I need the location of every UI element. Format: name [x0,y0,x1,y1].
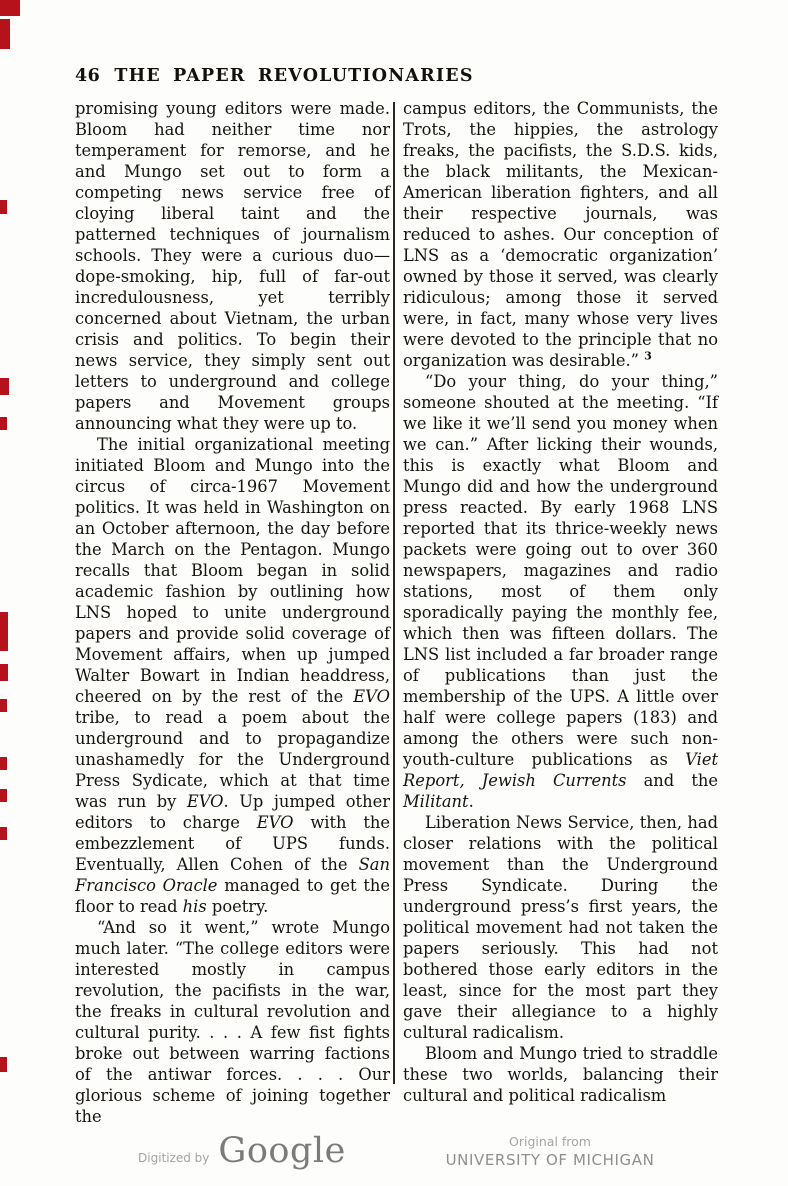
text-run: EVO [187,792,224,811]
text-run: EVO [257,813,294,832]
digitized-by-label: Digitized by [138,1151,209,1165]
paragraph: “Do your thing, do your thing,” someone … [403,371,718,812]
scan-artifact-mark [0,789,7,802]
text-run: and the [627,771,718,790]
scan-artifact-mark [0,0,20,16]
scan-artifact-mark [0,417,7,430]
column-right: campus editors, the Communists, the Trot… [403,98,718,1106]
scan-artifact-mark [0,827,7,840]
text-run: promising young editors were made. Bloom… [75,99,390,433]
text-run: Liberation News Service, then, had close… [403,813,718,1042]
text-run: his [183,897,207,916]
footer-provenance: Original from UNIVERSITY OF MICHIGAN [415,1134,685,1169]
scan-artifact-mark [0,200,7,214]
scanned-book-page: { "header": { "page_number": "46", "titl… [0,0,788,1186]
scan-artifact-mark [0,757,7,770]
paragraph: Liberation News Service, then, had close… [403,812,718,1043]
page-header: 46THE PAPER REVOLUTIONARIES [75,66,474,86]
scan-artifact-mark [0,1057,7,1072]
paragraph: Bloom and Mungo tried to straddle these … [403,1043,718,1106]
text-run: “Do your thing, do your thing,” someone … [403,372,718,769]
scan-artifact-mark [0,19,10,49]
text-run: “And so it went,” wrote Mungo much later… [75,918,390,1126]
scan-artifact-mark [0,612,8,651]
text-run: EVO [353,687,390,706]
paragraph: The initial organizational meeting initi… [75,434,390,917]
text-run: Militant [403,792,469,811]
text-run: The initial organizational meeting initi… [75,435,390,706]
text-run: Bloom and Mungo tried to straddle these … [403,1044,718,1105]
scan-artifact-mark [0,699,7,712]
book-title: THE PAPER REVOLUTIONARIES [114,66,473,86]
institution-label: UNIVERSITY OF MICHIGAN [415,1151,685,1169]
text-run: . [469,792,474,811]
paragraph: “And so it went,” wrote Mungo much later… [75,917,390,1127]
google-logo: Google [218,1134,345,1169]
column-left: promising young editors were made. Bloom… [75,98,390,1127]
paragraph: campus editors, the Communists, the Trot… [403,98,718,371]
text-run: campus editors, the Communists, the Trot… [403,99,718,370]
page-number: 46 [75,66,100,86]
column-divider-rule [393,102,395,1084]
scan-artifact-mark [0,378,9,395]
original-from-label: Original from [415,1134,685,1149]
footnote-reference: 3 [644,350,652,363]
text-run: poetry. [207,897,269,916]
footer-digitizer: Digitized by Google [138,1134,346,1169]
scan-artifact-mark [0,664,8,681]
paragraph: promising young editors were made. Bloom… [75,98,390,434]
